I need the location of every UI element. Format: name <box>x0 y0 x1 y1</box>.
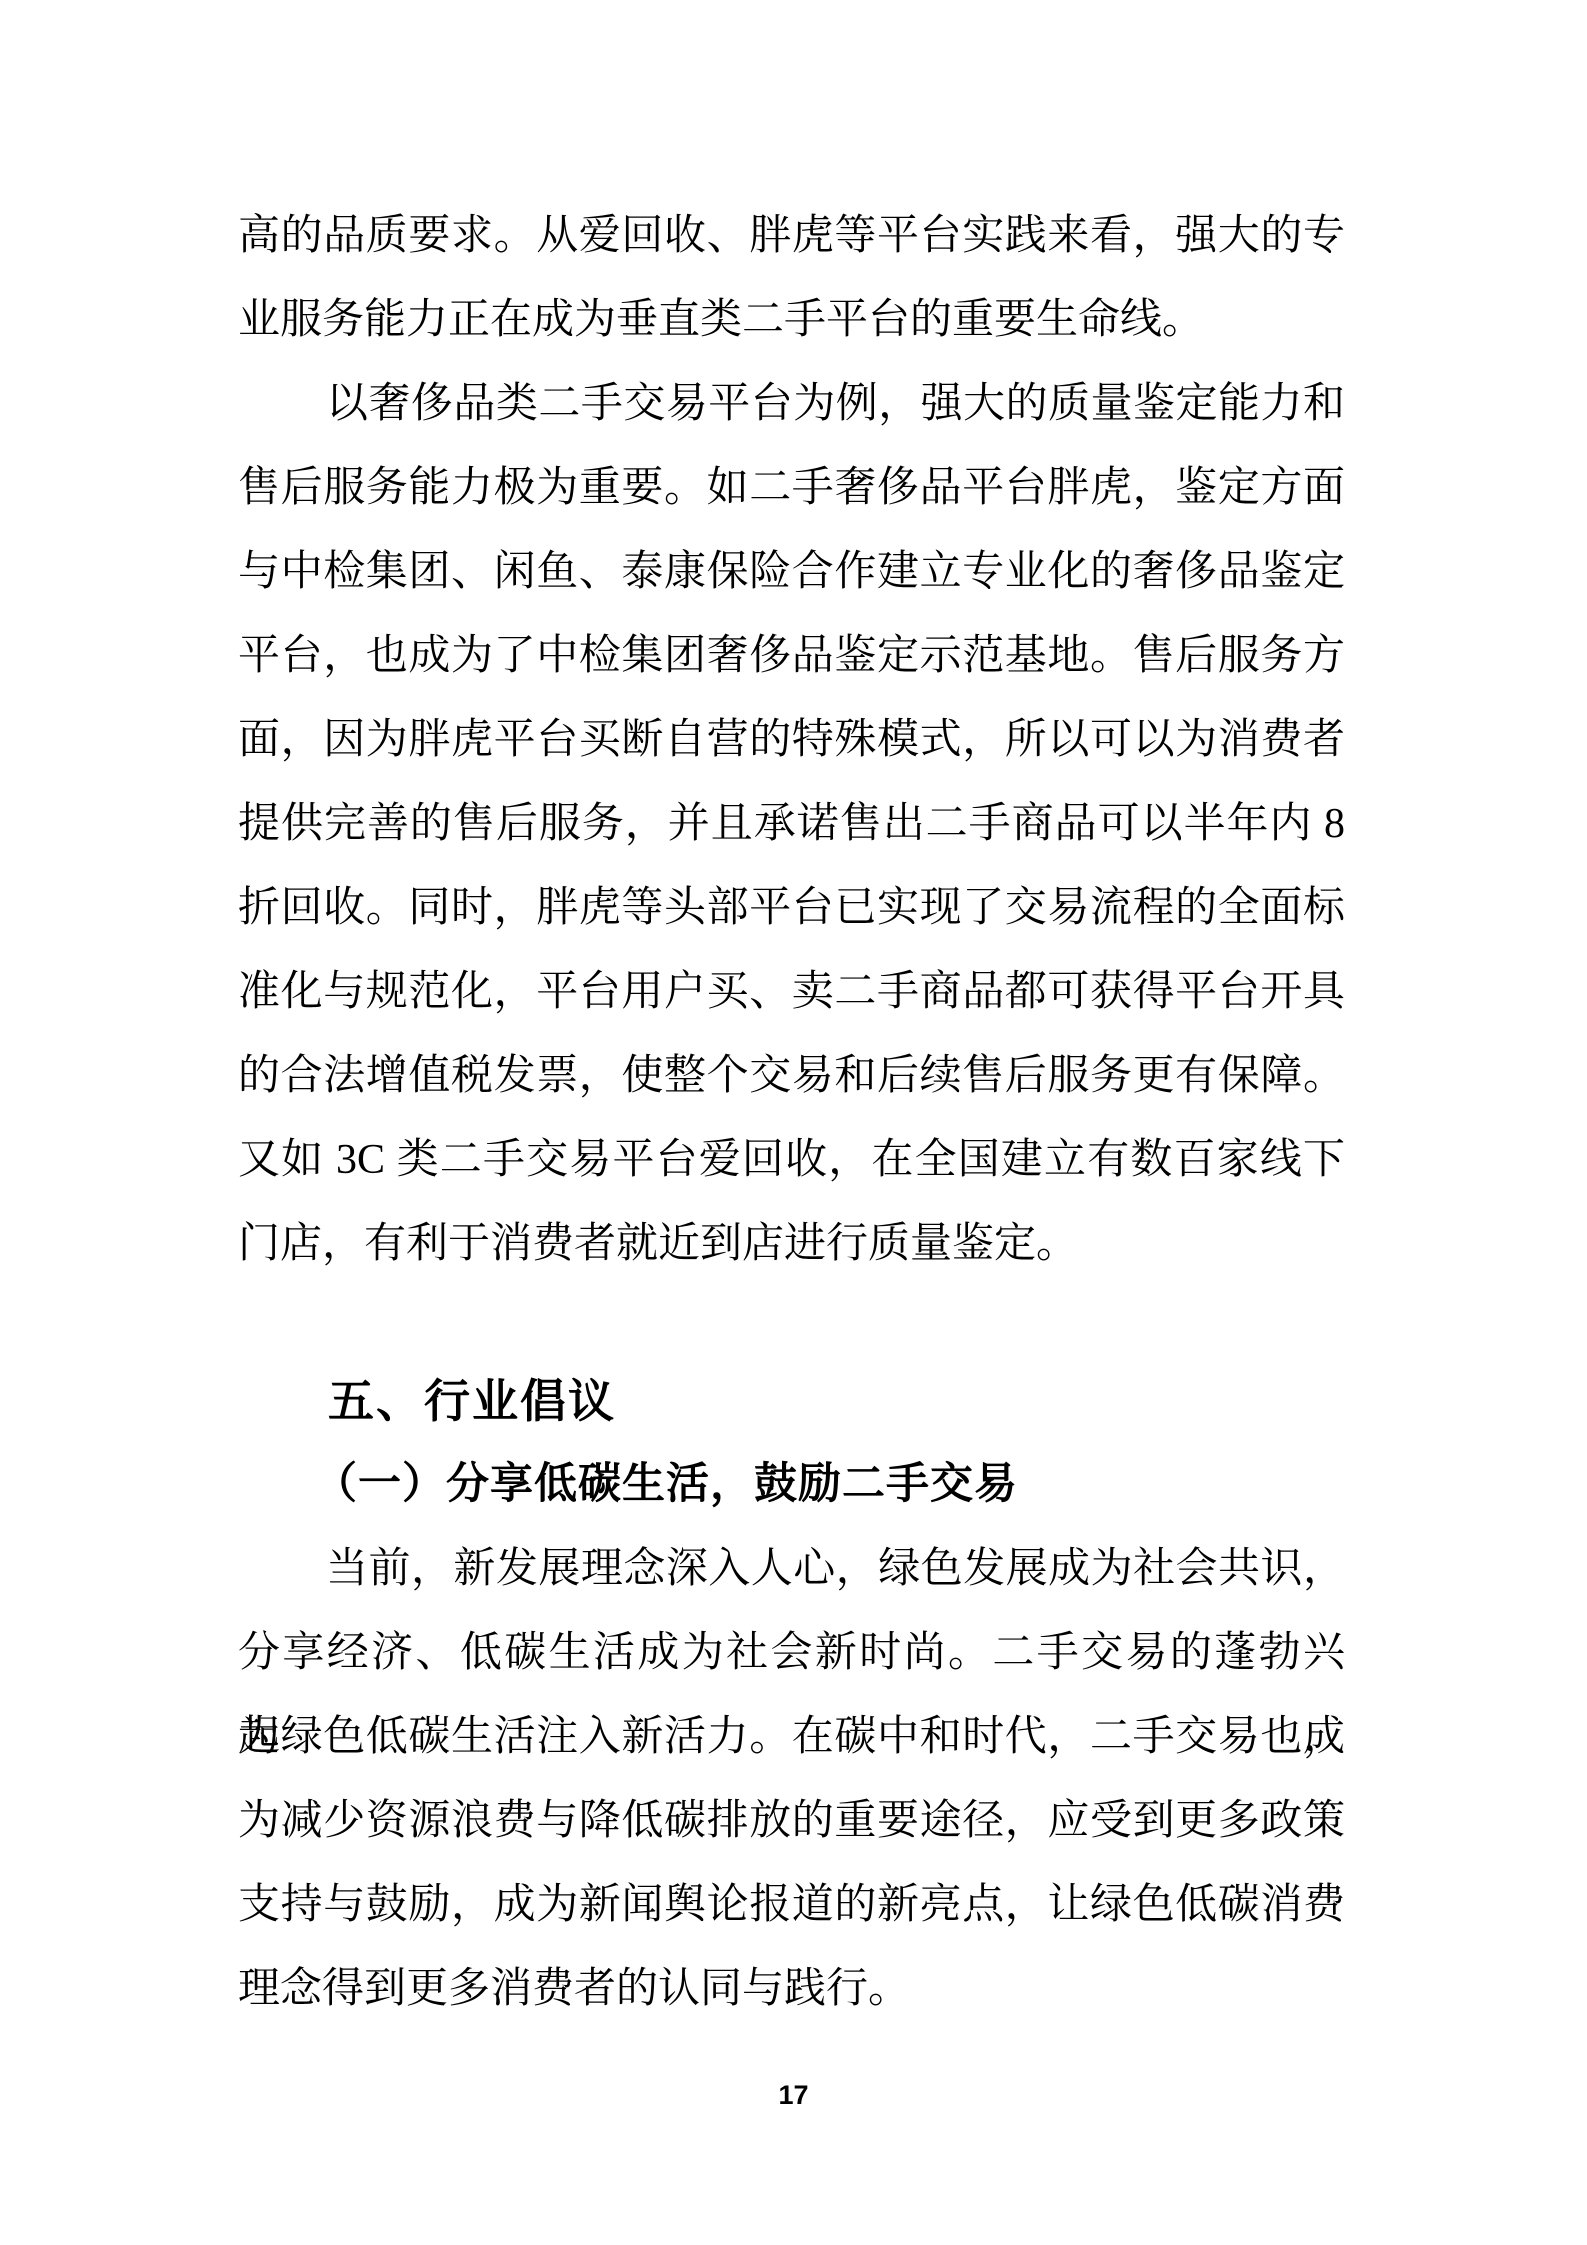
paragraph: 以奢侈品类二手交易平台为例，强大的质量鉴定能力和 售后服务能力极为重要。如二手奢… <box>238 362 1345 1286</box>
text-line: 准化与规范化，平台用户买、卖二手商品都可获得平台开具 <box>238 950 1345 1034</box>
paragraph: 高的品质要求。从爱回收、胖虎等平台实践来看，强大的专 业服务能力正在成为垂直类二… <box>238 194 1345 362</box>
document-page: 高的品质要求。从爱回收、胖虎等平台实践来看，强大的专 业服务能力正在成为垂直类二… <box>0 0 1587 2245</box>
section-heading: 五、行业倡议 <box>238 1359 1345 1443</box>
text-line: 为绿色低碳生活注入新活力。在碳中和时代，二手交易也成 <box>238 1695 1345 1779</box>
text-body: 高的品质要求。从爱回收、胖虎等平台实践来看，强大的专 业服务能力正在成为垂直类二… <box>238 194 1345 2031</box>
text-line: 以奢侈品类二手交易平台为例，强大的质量鉴定能力和 <box>238 362 1345 446</box>
text-line: 支持与鼓励，成为新闻舆论报道的新亮点，让绿色低碳消费 <box>238 1863 1345 1947</box>
text-line: 分享经济、低碳生活成为社会新时尚。二手交易的蓬勃兴起， <box>238 1611 1345 1695</box>
text-line: 高的品质要求。从爱回收、胖虎等平台实践来看，强大的专 <box>238 194 1345 278</box>
text-line: 提供完善的售后服务，并且承诺售出二手商品可以半年内 8 <box>238 782 1345 866</box>
text-line: 理念得到更多消费者的认同与践行。 <box>238 1947 1345 2031</box>
text-line: 的合法增值税发票，使整个交易和后续售后服务更有保障。 <box>238 1034 1345 1118</box>
text-line: 门店，有利于消费者就近到店进行质量鉴定。 <box>238 1202 1345 1286</box>
text-line: 又如 3C 类二手交易平台爱回收，在全国建立有数百家线下 <box>238 1118 1345 1202</box>
text-line: 平台，也成为了中检集团奢侈品鉴定示范基地。售后服务方 <box>238 614 1345 698</box>
page-number: 17 <box>0 2080 1587 2111</box>
paragraph: 当前，新发展理念深入人心，绿色发展成为社会共识， 分享经济、低碳生活成为社会新时… <box>238 1527 1345 2031</box>
text-line: 业服务能力正在成为垂直类二手平台的重要生命线。 <box>238 278 1345 362</box>
text-line: 面，因为胖虎平台买断自营的特殊模式，所以可以为消费者 <box>238 698 1345 782</box>
text-line: 当前，新发展理念深入人心，绿色发展成为社会共识， <box>238 1527 1345 1611</box>
subsection-heading: （一）分享低碳生活，鼓励二手交易 <box>238 1443 1345 1527</box>
text-line: 折回收。同时，胖虎等头部平台已实现了交易流程的全面标 <box>238 866 1345 950</box>
text-line: 售后服务能力极为重要。如二手奢侈品平台胖虎，鉴定方面 <box>238 446 1345 530</box>
text-line: 与中检集团、闲鱼、泰康保险合作建立专业化的奢侈品鉴定 <box>238 530 1345 614</box>
text-line: 为减少资源浪费与降低碳排放的重要途径，应受到更多政策 <box>238 1779 1345 1863</box>
